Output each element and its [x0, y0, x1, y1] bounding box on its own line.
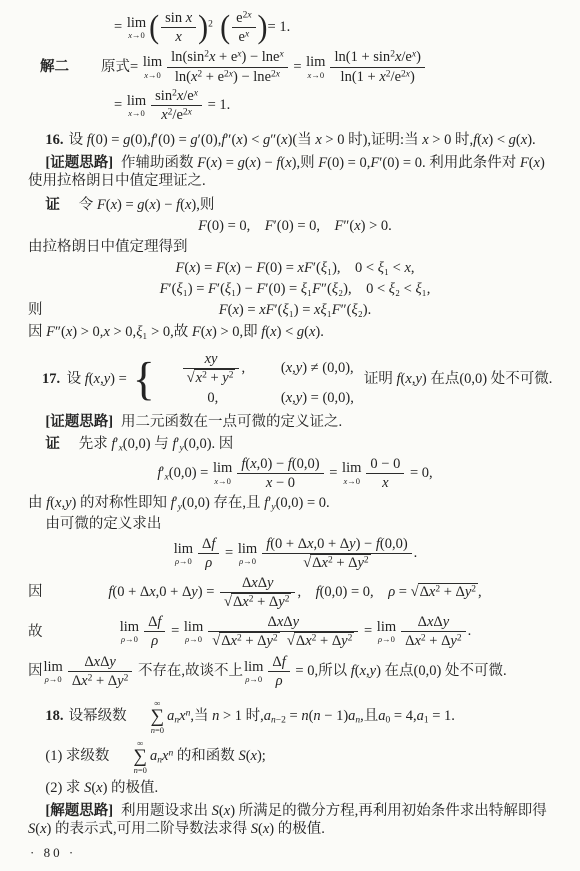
formula-combined: F(x) = xF′(ξ₁) = xξ₁F″(ξ₂).: [219, 302, 371, 318]
problem17-proof-start: 证先求 f′x(0,0) 与 f′y(0,0). 因: [28, 435, 562, 453]
formula-initial-conditions: F(0) = 0, F′(0) = 0, F″(x) > 0.: [198, 218, 392, 234]
equation-initial-conditions: F(0) = 0, F′(0) = 0, F″(x) > 0.: [28, 217, 562, 235]
formula-limit-definition: limρ→0Δfρ = limρ→0f(0 + Δx,0 + Δy) − f(0…: [173, 545, 418, 561]
problem17-conclusion: 因limρ→0ΔxΔyΔx2 + Δy2 不存在,故谈不上limρ→0Δfρ =…: [28, 654, 562, 689]
proof-idea-text: 用二元函数在一点可微的定义证之.: [121, 414, 342, 430]
piecewise-lead: 设 f(x,y) =: [67, 370, 127, 388]
proof-intro-text: 令 F(x) = g(x) − f(x),则: [79, 197, 215, 213]
piecewise-cases: xy√x2 + y2, (x,y) ≠ (0,0), 0, (x,y) = (0…: [157, 351, 354, 408]
sol15-alternative-solution: 解二原式= limx→0ln(sin2x + ex) − lnexln(x2 +…: [28, 49, 562, 84]
proof-intro-text: 先求 f′x(0,0) 与 f′y(0,0). 因: [79, 436, 234, 452]
formula-values: f(0 + Δx,0 + Δy) = ΔxΔy√Δx2 + Δy2, f(0,0…: [108, 584, 481, 600]
sol15-alt-final-line: = limx→0sin2x/exx2/e2x = 1.: [114, 88, 562, 123]
formula-sol15-alt: 原式= limx→0ln(sin2x + ex) − lnexln(x2 + e…: [101, 59, 427, 75]
problem16-proof-start: 证令 F(x) = g(x) − f(x),则: [28, 196, 562, 214]
solution-idea-label: [解题思路]: [45, 803, 113, 819]
sol15-continued-equation: = limx→0(sin xx)2 (e2xex)= 1.: [114, 10, 562, 45]
proof-idea-label: [证题思路]: [45, 414, 113, 430]
case-row-1: xy√x2 + y2, (x,y) ≠ (0,0),: [157, 351, 354, 386]
proof-label: 证: [45, 436, 60, 452]
left-brace: {: [133, 358, 155, 400]
conclusion-text-17: 因limρ→0ΔxΔyΔx2 + Δy2 不存在,故谈不上limρ→0Δfρ =…: [28, 663, 507, 679]
formula-final-limit: limρ→0Δfρ = limρ→0ΔxΔy√Δx2 + Δy2 √Δx2 + …: [119, 623, 471, 639]
problem18-part1: (1) 求级数 ∞∑n=0anxn 的和函数 S(x);: [28, 739, 562, 774]
problem16-number: 16.: [45, 132, 63, 148]
case1-condition: (x,y) ≠ (0,0),: [281, 359, 354, 377]
problem17-idea: [证题思路]用二元函数在一点可微的定义证之.: [28, 413, 562, 431]
equation-partial-x: f′x(0,0) = limx→0f(x,0) − f(0,0)x − 0 = …: [28, 456, 562, 491]
formula-mvt-1: F(x) = F(x) − F(0) = xF′(ξ₁), 0 < ξ₁ < x…: [176, 260, 415, 276]
problem18-number: 18.: [45, 708, 63, 724]
equation-combined-row: 则 F(x) = xF′(ξ₁) = xξ₁F″(ξ₂).: [28, 301, 562, 319]
proof-label: 证: [45, 197, 60, 213]
symmetry-statement: 由 f(x,y) 的对称性即知 f′y(0,0) 存在,且 f′y(0,0) =…: [28, 495, 330, 511]
problem16-statement: 16.设 f(0) = g(0),f′(0) = g′(0),f″(x) < g…: [28, 131, 562, 149]
because-label: 因: [28, 583, 43, 601]
equation-limit-definition: limρ→0Δfρ = limρ→0f(0 + Δx,0 + Δy) − f(0…: [28, 536, 562, 571]
then-label: 则: [28, 301, 43, 319]
problem16-conclusion: 因 F″(x) > 0,x > 0,ξ₁ > 0,故 F(x) > 0,即 f(…: [28, 323, 562, 341]
problem17-definition: 17. 设 f(x,y) = { xy√x2 + y2, (x,y) ≠ (0,…: [42, 351, 562, 408]
problem18-idea: [解题思路]利用题设求出 S(x) 所满足的微分方程,再利用初始条件求出特解即得…: [28, 802, 562, 838]
part2-text: (2) 求 S(x) 的极值.: [45, 780, 158, 796]
equation-mvt-2: F′(ξ₁) = F′(ξ₁) − F′(0) = ξ₁F″(ξ₂), 0 < …: [28, 280, 562, 298]
problem18-statement: 18.设幂级数 ∞∑n=0anxn,当 n > 1 时,an−2 = n(n −…: [28, 699, 562, 734]
lagrange-text: 由拉格朗日中值定理得到: [28, 239, 188, 255]
part1-text: (1) 求级数 ∞∑n=0anxn 的和函数 S(x);: [45, 748, 265, 764]
lagrange-theorem-text: 由拉格朗日中值定理得到: [28, 238, 562, 256]
formula-mvt-2: F′(ξ₁) = F′(ξ₁) − F′(0) = ξ₁F″(ξ₂), 0 < …: [160, 281, 431, 297]
case2-value: 0,: [157, 389, 269, 407]
proof-idea-label: [证题思路]: [45, 155, 113, 171]
formula-sol15-result: = limx→0(sin xx)2 (e2xex)= 1.: [114, 19, 290, 35]
problem16-idea: [证题思路]作辅助函数 F(x) = g(x) − f(x),则 F(0) = …: [28, 154, 562, 190]
differentiability-intro: 由可微的定义求出: [28, 515, 562, 533]
case2-condition: (x,y) = (0,0),: [281, 389, 354, 407]
textbook-page: = limx→0(sin xx)2 (e2xex)= 1. 解二原式= limx…: [0, 0, 580, 871]
problem18-statement-text: 设幂级数 ∞∑n=0anxn,当 n > 1 时,an−2 = n(n − 1)…: [69, 708, 455, 724]
formula-partial-x: f′x(0,0) = limx→0f(x,0) − f(0,0)x − 0 = …: [157, 465, 432, 481]
so-label: 故: [28, 623, 43, 641]
case1-value: xy√x2 + y2,: [157, 351, 269, 386]
equation-final-row: 故 limρ→0Δfρ = limρ→0ΔxΔy√Δx2 + Δy2 √Δx2 …: [28, 614, 562, 649]
problem18-part2: (2) 求 S(x) 的极值.: [28, 779, 562, 797]
equation-mvt-1: F(x) = F(x) − F(0) = xF′(ξ₁), 0 < ξ₁ < x…: [28, 259, 562, 277]
problem17-statement-tail: 证明 f(x,y) 在点(0,0) 处不可微.: [364, 370, 553, 388]
problem17-number: 17.: [42, 370, 60, 388]
case-row-2: 0, (x,y) = (0,0),: [157, 389, 354, 407]
equation-values-row: 因 f(0 + Δx,0 + Δy) = ΔxΔy√Δx2 + Δy2, f(0…: [28, 575, 562, 610]
solution-two-label: 解二: [40, 59, 69, 75]
formula-sol15-alt-result: = limx→0sin2x/exx2/e2x = 1.: [114, 97, 230, 113]
problem16-statement-text: 设 f(0) = g(0),f′(0) = g′(0),f″(x) < g″(x…: [69, 132, 536, 148]
symmetry-text: 由 f(x,y) 的对称性即知 f′y(0,0) 存在,且 f′y(0,0) =…: [28, 494, 562, 512]
conclusion-text-16: 因 F″(x) > 0,x > 0,ξ₁ > 0,故 F(x) > 0,即 f(…: [28, 324, 324, 340]
page-number: · 80 ·: [30, 845, 76, 861]
diff-intro-text: 由可微的定义求出: [45, 516, 161, 532]
